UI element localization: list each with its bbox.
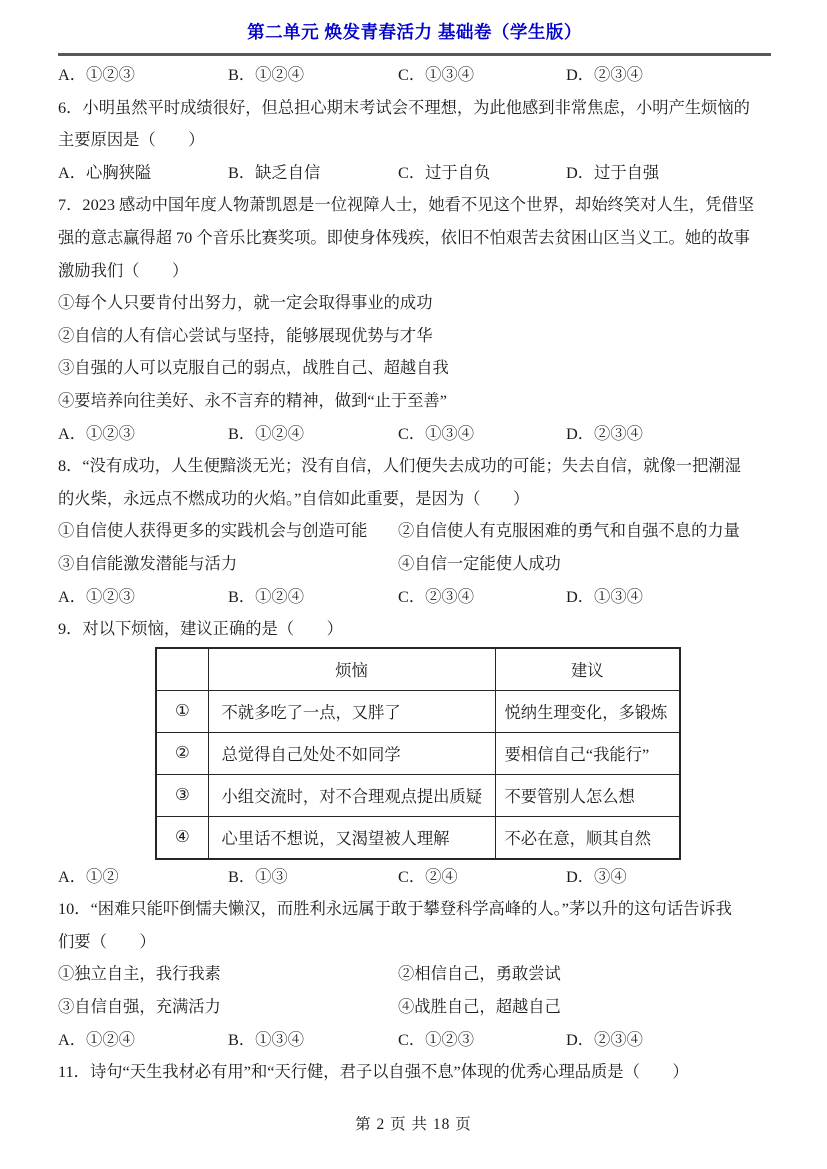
- option-c: C．过于自负: [398, 157, 566, 190]
- option-a: A．①②: [58, 861, 228, 894]
- option-b: B．①②④: [228, 59, 398, 92]
- option-d: D．①③④: [566, 581, 771, 614]
- question-7-text-line-3: 激励我们（ ）: [58, 255, 771, 288]
- question-8-text-line-1: 8．“没有成功，人生便黯淡无光；没有自信，人们便失去成功的可能；失去自信，就像一…: [58, 450, 771, 483]
- question-9-options-row: A．①② B．①③ C．②④ D．③④: [58, 861, 771, 894]
- page-content: 第二单元 焕发青春活力 基础卷（学生版） A．①②③ B．①②④ C．①③④ D…: [58, 0, 771, 1089]
- table-header-advice: 建议: [495, 648, 680, 691]
- option-c: C．②④: [398, 861, 566, 894]
- statement-item-4: ④要培养向往美好、永不言弃的精神，做到“止于至善”: [58, 385, 771, 418]
- option-b: B．①②④: [228, 418, 398, 451]
- trouble-cell: 小组交流时，对不合理观点提出质疑: [208, 774, 495, 816]
- trouble-cell: 总觉得自己处处不如同学: [208, 732, 495, 774]
- option-b: B．①③: [228, 861, 398, 894]
- table-header-row: 烦恼 建议: [156, 648, 680, 691]
- question-7-text-line-1: 7．2023 感动中国年度人物萧凯恩是一位视障人士，她看不见这个世界，却始终笑对…: [58, 189, 771, 222]
- statement-item-2: ②相信自己，勇敢尝试: [398, 958, 771, 991]
- question-6: 6．小明虽然平时成绩很好，但总担心期末考试会不理想，为此他感到非常焦虑，小明产生…: [58, 92, 771, 190]
- exam-document-page: 第二单元 焕发青春活力 基础卷（学生版） A．①②③ B．①②④ C．①③④ D…: [0, 0, 827, 1169]
- statement-item-1: ①每个人只要肯付出努力，就一定会取得事业的成功: [58, 287, 771, 320]
- question-7: 7．2023 感动中国年度人物萧凯恩是一位视障人士，她看不见这个世界，却始终笑对…: [58, 189, 771, 450]
- trouble-cell: 心里话不想说，又渴望被人理解: [208, 816, 495, 859]
- row-number: ③: [156, 774, 208, 816]
- table-row-4: ④ 心里话不想说，又渴望被人理解 不必在意，顺其自然: [156, 816, 680, 859]
- question-9-text-line-1: 9．对以下烦恼，建议正确的是（ ）: [58, 613, 771, 646]
- table-row-1: ① 不就多吃了一点，又胖了 悦纳生理变化，多锻炼: [156, 690, 680, 732]
- option-d: D．②③④: [566, 1024, 771, 1057]
- question-10-text-line-2: 们要（ ）: [58, 926, 771, 959]
- question-11: 11．诗句“天生我材必有用”和“天行健，君子以自强不息”体现的优秀心理品质是（ …: [58, 1056, 771, 1089]
- carryover-options-row: A．①②③ B．①②④ C．①③④ D．②③④: [58, 59, 771, 92]
- option-a: A．①②④: [58, 1024, 228, 1057]
- option-b: B．①③④: [228, 1024, 398, 1057]
- header-divider: [58, 53, 771, 56]
- statement-item-4: ④自信一定能使人成功: [398, 548, 771, 581]
- advice-cell: 悦纳生理变化，多锻炼: [495, 690, 680, 732]
- table-header-blank: [156, 648, 208, 691]
- statement-pair-row-2: ③自信能激发潜能与活力 ④自信一定能使人成功: [58, 548, 771, 581]
- trouble-cell: 不就多吃了一点，又胖了: [208, 690, 495, 732]
- option-b: B．缺乏自信: [228, 157, 398, 190]
- statement-item-3: ③自信能激发潜能与活力: [58, 548, 398, 581]
- advice-cell: 不要管别人怎么想: [495, 774, 680, 816]
- option-c: C．①③④: [398, 418, 566, 451]
- question-6-text-line-2: 主要原因是（ ）: [58, 124, 771, 157]
- question-10-text-line-1: 10．“困难只能吓倒懦夫懒汉，而胜利永远属于敢于攀登科学高峰的人。”茅以升的这句…: [58, 893, 771, 926]
- table-row-2: ② 总觉得自己处处不如同学 要相信自己“我能行”: [156, 732, 680, 774]
- statement-item-1: ①自信使人获得更多的实践机会与创造可能: [58, 515, 398, 548]
- question-11-text-line-1: 11．诗句“天生我材必有用”和“天行健，君子以自强不息”体现的优秀心理品质是（ …: [58, 1056, 771, 1089]
- option-d: D．过于自强: [566, 157, 771, 190]
- option-c: C．①②③: [398, 1024, 566, 1057]
- row-number: ①: [156, 690, 208, 732]
- statement-item-1: ①独立自主，我行我素: [58, 958, 398, 991]
- question-6-text-line-1: 6．小明虽然平时成绩很好，但总担心期末考试会不理想，为此他感到非常焦虑，小明产生…: [58, 92, 771, 125]
- option-a: A．①②③: [58, 59, 228, 92]
- option-d: D．③④: [566, 861, 771, 894]
- question-10-options-row: A．①②④ B．①③④ C．①②③ D．②③④: [58, 1024, 771, 1057]
- question-7-text-line-2: 强的意志赢得超 70 个音乐比赛奖项。即使身体残疾，依旧不怕艰苦去贫困山区当义工…: [58, 222, 771, 255]
- option-a: A．心胸狭隘: [58, 157, 228, 190]
- statement-item-4: ④战胜自己，超越自己: [398, 991, 771, 1024]
- statement-item-2: ②自信使人有克服困难的勇气和自强不息的力量: [398, 515, 771, 548]
- statement-item-3: ③自强的人可以克服自己的弱点，战胜自己、超越自我: [58, 352, 771, 385]
- option-a: A．①②③: [58, 418, 228, 451]
- advice-cell: 要相信自己“我能行”: [495, 732, 680, 774]
- option-b: B．①②④: [228, 581, 398, 614]
- troubles-advice-table: 烦恼 建议 ① 不就多吃了一点，又胖了 悦纳生理变化，多锻炼 ② 总觉得自己处处…: [155, 647, 681, 860]
- question-9: 9．对以下烦恼，建议正确的是（ ） 烦恼 建议 ① 不就多吃了一点，又胖了 悦纳…: [58, 613, 771, 893]
- question-8: 8．“没有成功，人生便黯淡无光；没有自信，人们便失去成功的可能；失去自信，就像一…: [58, 450, 771, 613]
- statement-pair-row-1: ①自信使人获得更多的实践机会与创造可能 ②自信使人有克服困难的勇气和自强不息的力…: [58, 515, 771, 548]
- page-number-footer: 第 2 页 共 18 页: [0, 1111, 827, 1139]
- question-6-options-row: A．心胸狭隘 B．缺乏自信 C．过于自负 D．过于自强: [58, 157, 771, 190]
- statement-pair-row-1: ①独立自主，我行我素 ②相信自己，勇敢尝试: [58, 958, 771, 991]
- question-7-options-row: A．①②③ B．①②④ C．①③④ D．②③④: [58, 418, 771, 451]
- table-header-trouble: 烦恼: [208, 648, 495, 691]
- option-d: D．②③④: [566, 59, 771, 92]
- advice-cell: 不必在意，顺其自然: [495, 816, 680, 859]
- option-d: D．②③④: [566, 418, 771, 451]
- question-10: 10．“困难只能吓倒懦夫懒汉，而胜利永远属于敢于攀登科学高峰的人。”茅以升的这句…: [58, 893, 771, 1056]
- row-number: ②: [156, 732, 208, 774]
- statement-pair-row-2: ③自信自强，充满活力 ④战胜自己，超越自己: [58, 991, 771, 1024]
- option-c: C．②③④: [398, 581, 566, 614]
- statement-item-3: ③自信自强，充满活力: [58, 991, 398, 1024]
- row-number: ④: [156, 816, 208, 859]
- question-flow: A．①②③ B．①②④ C．①③④ D．②③④ 6．小明虽然平时成绩很好，但总担…: [58, 59, 771, 1089]
- table-row-3: ③ 小组交流时，对不合理观点提出质疑 不要管别人怎么想: [156, 774, 680, 816]
- question-8-options-row: A．①②③ B．①②④ C．②③④ D．①③④: [58, 581, 771, 614]
- page-title: 第二单元 焕发青春活力 基础卷（学生版）: [58, 17, 771, 47]
- question-8-text-line-2: 的火柴，永远点不燃成功的火焰。”自信如此重要，是因为（ ）: [58, 483, 771, 516]
- statement-item-2: ②自信的人有信心尝试与坚持，能够展现优势与才华: [58, 320, 771, 353]
- option-c: C．①③④: [398, 59, 566, 92]
- option-a: A．①②③: [58, 581, 228, 614]
